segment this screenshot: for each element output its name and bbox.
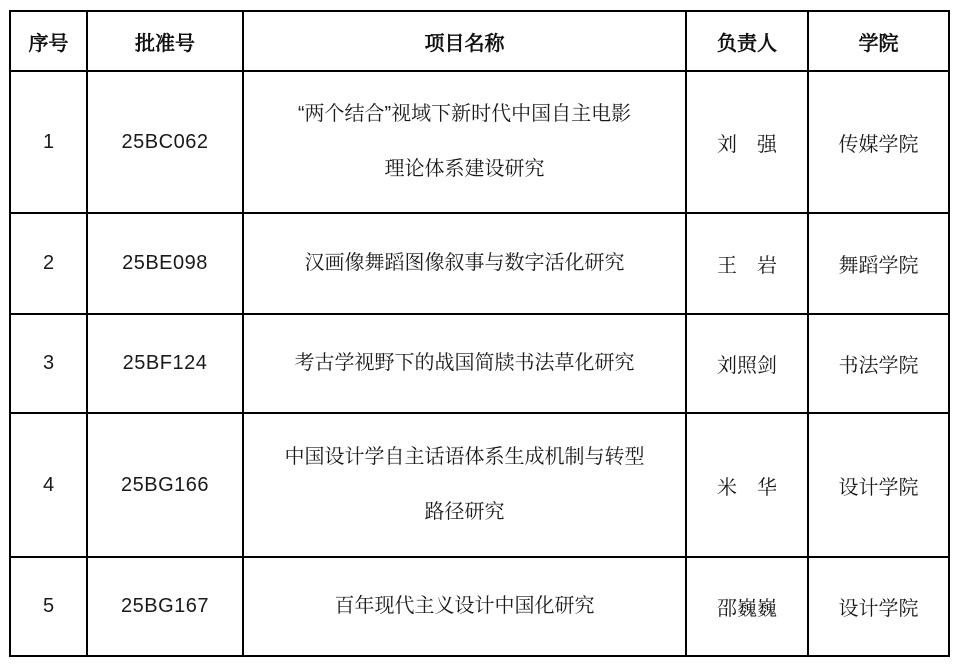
college-cell: 舞蹈学院 [808, 213, 949, 314]
approval-number-cell: 25BG166 [87, 413, 243, 557]
approved-projects-table: 序号 批准号 项目名称 负责人 学院 1 25BC062 “两个结合”视域下新时… [9, 10, 950, 657]
row-index-cell: 4 [10, 413, 87, 557]
approved-projects-table-container: 序号 批准号 项目名称 负责人 学院 1 25BC062 “两个结合”视域下新时… [9, 10, 950, 657]
college-cell: 设计学院 [808, 413, 949, 557]
approval-number-cell: 25BC062 [87, 71, 243, 213]
header-leader: 负责人 [686, 11, 808, 71]
college-cell: 设计学院 [808, 557, 949, 656]
table-header-row: 序号 批准号 项目名称 负责人 学院 [10, 11, 949, 71]
project-name-cell: 考古学视野下的战国简牍书法草化研究 [243, 314, 686, 413]
table-row: 3 25BF124 考古学视野下的战国简牍书法草化研究 刘照剑 书法学院 [10, 314, 949, 413]
project-name-cell: 百年现代主义设计中国化研究 [243, 557, 686, 656]
college-cell: 传媒学院 [808, 71, 949, 213]
header-index: 序号 [10, 11, 87, 71]
approval-number-cell: 25BF124 [87, 314, 243, 413]
table-row: 1 25BC062 “两个结合”视域下新时代中国自主电影 理论体系建设研究 刘 … [10, 71, 949, 213]
header-approval-number: 批准号 [87, 11, 243, 71]
project-name-cell: 汉画像舞蹈图像叙事与数字活化研究 [243, 213, 686, 314]
project-name-cell: 中国设计学自主话语体系生成机制与转型 路径研究 [243, 413, 686, 557]
leader-cell: 米 华 [686, 413, 808, 557]
row-index-cell: 2 [10, 213, 87, 314]
approval-number-cell: 25BG167 [87, 557, 243, 656]
row-index-cell: 3 [10, 314, 87, 413]
table-row: 4 25BG166 中国设计学自主话语体系生成机制与转型 路径研究 米 华 设计… [10, 413, 949, 557]
table-row: 2 25BE098 汉画像舞蹈图像叙事与数字活化研究 王 岩 舞蹈学院 [10, 213, 949, 314]
leader-cell: 邵巍巍 [686, 557, 808, 656]
header-college: 学院 [808, 11, 949, 71]
leader-cell: 王 岩 [686, 213, 808, 314]
header-project-name: 项目名称 [243, 11, 686, 71]
row-index-cell: 5 [10, 557, 87, 656]
approval-number-cell: 25BE098 [87, 213, 243, 314]
college-cell: 书法学院 [808, 314, 949, 413]
row-index-cell: 1 [10, 71, 87, 213]
table-row: 5 25BG167 百年现代主义设计中国化研究 邵巍巍 设计学院 [10, 557, 949, 656]
leader-cell: 刘照剑 [686, 314, 808, 413]
project-name-cell: “两个结合”视域下新时代中国自主电影 理论体系建设研究 [243, 71, 686, 213]
leader-cell: 刘 强 [686, 71, 808, 213]
